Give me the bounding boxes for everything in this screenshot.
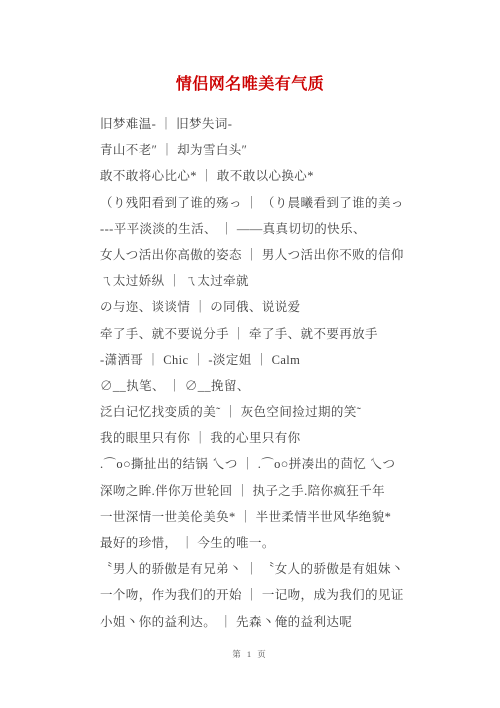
name-pair-line: ---平平淡淡的生活、 ｜ ——真真切切的快乐、 (100, 216, 445, 242)
page-number-footer: 第 1 页 (0, 648, 500, 660)
name-pair-line: ∅__执笔、 ｜ ∅__挽留、 (100, 373, 445, 399)
name-pair-line: の与迩、谈谈情 ｜ の同俄、说说爱 (100, 294, 445, 320)
name-pair-line: ㄟ太过娇纵 ｜ ㄟ太过牵就 (100, 268, 445, 294)
name-pair-line: 青山不老″ ｜ 却为雪白头″ (100, 137, 445, 163)
name-pair-line: 一个吻，作为我们的开始 ｜ 一记吻，成为我们的见证 (100, 582, 445, 608)
name-pair-line: -潇洒哥 ｜ Chic ｜ -淡定姐 ｜ Calm (100, 347, 445, 373)
name-pair-line: 深吻之眸.伴你万世轮回 ｜ 执子之手.陪你疯狂千年 (100, 478, 445, 504)
document-page: 情侣网名唯美有气质 旧梦难温- ｜ 旧梦失词- 青山不老″ ｜ 却为雪白头″ 敢… (0, 0, 500, 708)
name-pair-line: 泛白记忆找变质的美˜ ｜ 灰色空间捡过期的笑˜ (100, 399, 445, 425)
name-pair-line: 旧梦难温- ｜ 旧梦失词- (100, 111, 445, 137)
name-pairs-list: 旧梦难温- ｜ 旧梦失词- 青山不老″ ｜ 却为雪白头″ 敢不敢将心比心* ｜ … (100, 111, 445, 635)
page-title: 情侣网名唯美有气质 (0, 71, 500, 94)
name-pair-line: （り残阳看到了谁的殇っ ｜ （り晨曦看到了谁的美っ (100, 190, 445, 216)
name-pair-line: 牵了手、就不要说分手 ｜ 牵了手、就不要再放手 (100, 321, 445, 347)
name-pair-line: 小姐丶你的益利达。 ｜ 先森丶俺的益利达呢 (100, 609, 445, 635)
name-pair-line: 女人つ活出你高傲的姿态 ｜ 男人つ活出你不败的信仰 (100, 242, 445, 268)
name-pair-line: .⌒o○撕扯出的结锅 乀つ ｜ .⌒o○拼凑出的茴忆 乀つ (100, 451, 445, 477)
name-pair-line: 〝男人的骄傲是有兄弟丶 ｜ 〝女人的骄傲是有姐妹丶 (100, 556, 445, 582)
name-pair-line: 一世深情一世美伦美奂* ｜ 半世柔情半世风华绝貌* (100, 504, 445, 530)
name-pair-line: 我的眼里只有你 ｜ 我的心里只有你 (100, 425, 445, 451)
name-pair-line: 敢不敢将心比心* ｜ 敢不敢以心换心* (100, 163, 445, 189)
name-pair-line: 最好的珍惜， ｜ 今生的唯一。 (100, 530, 445, 556)
